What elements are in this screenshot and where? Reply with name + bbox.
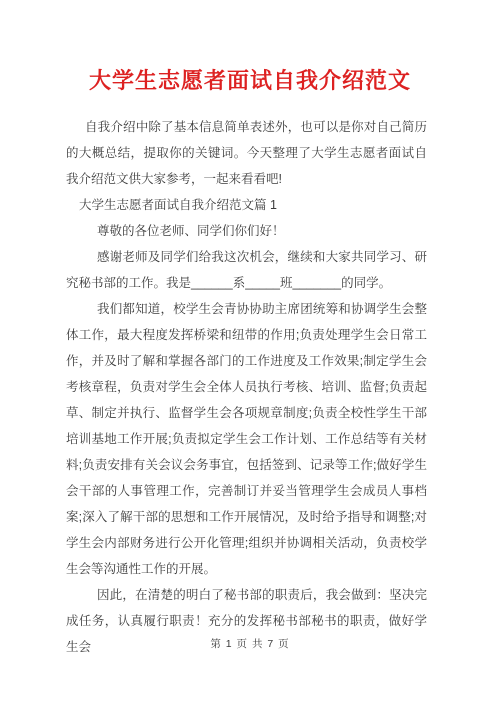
paragraph-section-heading: 大学生志愿者面试自我介绍范文篇 1 [66,192,427,218]
paragraph-intro: 自我介绍中除了基本信息简单表述外，也可以是你对自己简历的大概总结，提取你的关键词… [66,114,427,192]
paragraph-thanks: 感谢老师及同学们给我这次机会，继续和大家共同学习、研究秘书部的工作。我是____… [66,244,427,296]
paragraph-duties: 我们都知道，校学生会青协协助主席团统筹和协调学生会整体工作，最大程度发挥桥梁和纽… [66,296,427,582]
page-number: 第 1 页 共 7 页 [0,637,500,651]
document-title: 大学生志愿者面试自我介绍范文 [0,0,500,96]
document-page: 大学生志愿者面试自我介绍范文 自我介绍中除了基本信息简单表述外，也可以是你对自己… [0,0,500,707]
document-body: 自我介绍中除了基本信息简单表述外，也可以是你对自己简历的大概总结，提取你的关键词… [0,96,500,660]
paragraph-greeting: 尊敬的各位老师、同学们你们好！ [66,218,427,244]
